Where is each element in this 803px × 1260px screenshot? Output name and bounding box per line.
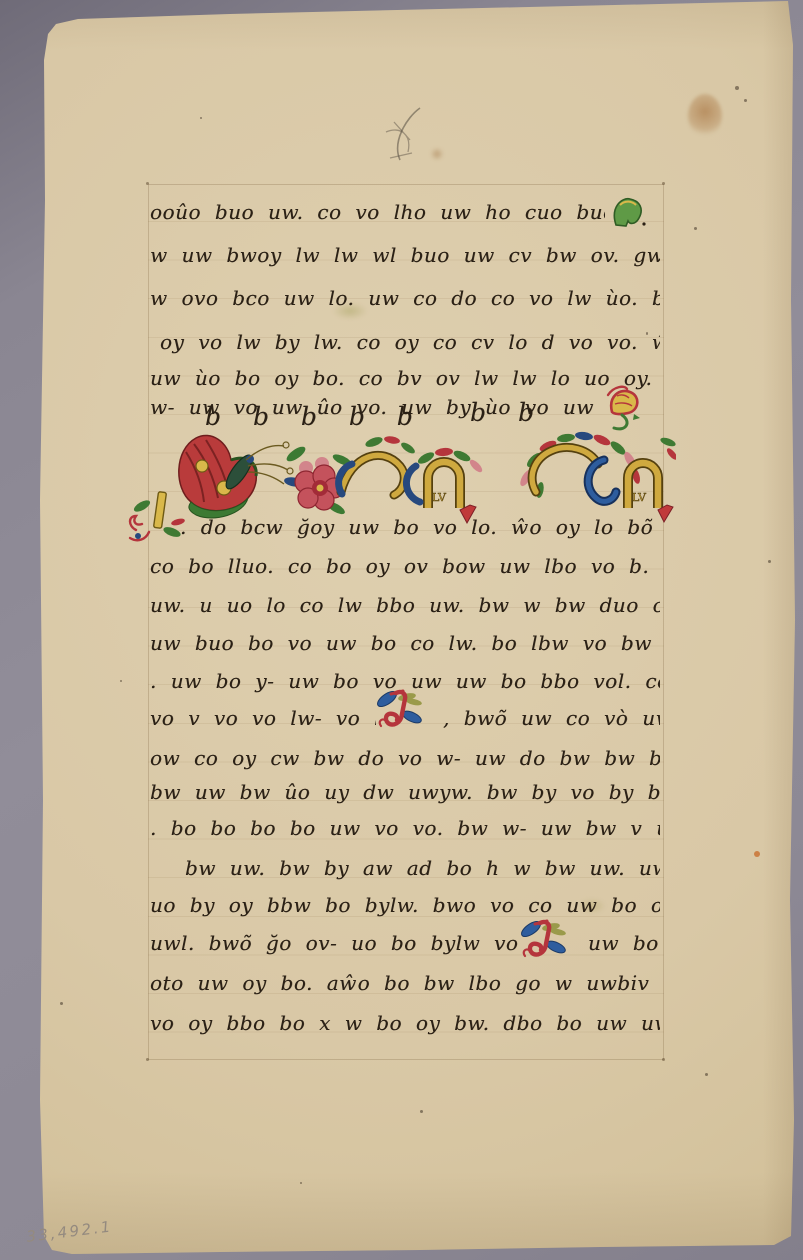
speck <box>420 1110 423 1113</box>
manuscript-line: uw bo <box>588 928 662 960</box>
manuscript-line: uwl. bwõ ğo ov- uo bo bylw vo uo oy uw. <box>150 928 518 960</box>
frame-corner-dot <box>662 1058 665 1061</box>
speck <box>300 1182 302 1184</box>
manuscript-line: w ovo bco uw lo. uw co do co vo lw ùo. b… <box>150 283 660 315</box>
gilded-letters-right: LV <box>518 431 676 522</box>
speck <box>705 1073 708 1076</box>
manuscript-line: vo oy bbo bo x w bo oy bw. dbo bo uw uw … <box>150 1008 660 1040</box>
manuscript-line: w uw bwoy lw lw wl buo uw cv bw ov. gw w… <box>150 240 660 272</box>
orange-spot <box>754 851 760 857</box>
pencil-scribble <box>378 102 434 168</box>
speck <box>768 560 771 563</box>
manuscript-line: bw uw. bw by aw ad bo h w bw uw. uw bbw … <box>185 853 660 885</box>
manuscript-line: . bo bo bo bo uw vo vo. bw w- uw bw v uw… <box>150 813 660 845</box>
frame-corner-dot <box>146 1058 149 1061</box>
illuminated-initial <box>520 916 570 962</box>
manuscript-line: ooûo buo uw. co vo lho uw ho cuo buo duo… <box>150 197 605 229</box>
butterfly-ornament <box>179 435 293 517</box>
foxing-spot <box>430 148 444 160</box>
frame-corner-dot <box>662 182 665 185</box>
manuscript-line: co bo lluo. co bo oy ov bow uw lbo vo b.… <box>150 551 660 583</box>
monogram-text: LV <box>632 491 647 504</box>
manuscript-line: uw buo bo vo uw bo co lw. bo lbw vo bw v… <box>150 628 660 660</box>
manuscript-line: oto uw oy bo. aŵo bo bw lbo go w uwbiv o… <box>150 968 660 1000</box>
manuscript-line: bw uw bw ûo uy dw uwyw. bw by vo by by v… <box>150 777 660 809</box>
manuscript-line: uw. u uo lo co lw bbo uw. bw w bw duo oy… <box>150 590 660 622</box>
speck <box>120 680 122 682</box>
manuscript-line: vo v vo vo lw- vo bõ uw. <box>150 703 376 735</box>
photograph-of-manuscript: { "page": { "backdrop_color": "#8d8995",… <box>0 0 803 1260</box>
speck <box>694 227 697 230</box>
illuminated-letter-green <box>608 195 648 229</box>
speck <box>200 117 202 119</box>
ink-stain <box>688 94 722 138</box>
manuscript-line: . do bcw ğoy uw bo vo lo. ŵo oy lo bõ vo… <box>180 512 660 544</box>
monogram-text: LV <box>432 491 447 504</box>
frame-corner-dot <box>146 182 149 185</box>
speck <box>744 99 747 102</box>
manuscript-line: oy vo lw by lw. co oy co cv lo d vo vo. … <box>160 327 660 359</box>
manuscript-line: uo by oy bbw bo bylw. bwo vo co uw bo oy… <box>150 890 660 922</box>
manuscript-line: , bwõ uw co vò uw co oy <box>443 703 660 735</box>
illuminated-initial <box>376 686 426 732</box>
manuscript-line: uw ùo bo oy bo. co bv ov lw lw lo uo oy.… <box>150 363 660 395</box>
manuscript-line: ow co oy cw bw do vo w- uw do bw bw bw. … <box>150 743 660 775</box>
speck <box>60 1002 63 1005</box>
speck <box>735 86 739 90</box>
